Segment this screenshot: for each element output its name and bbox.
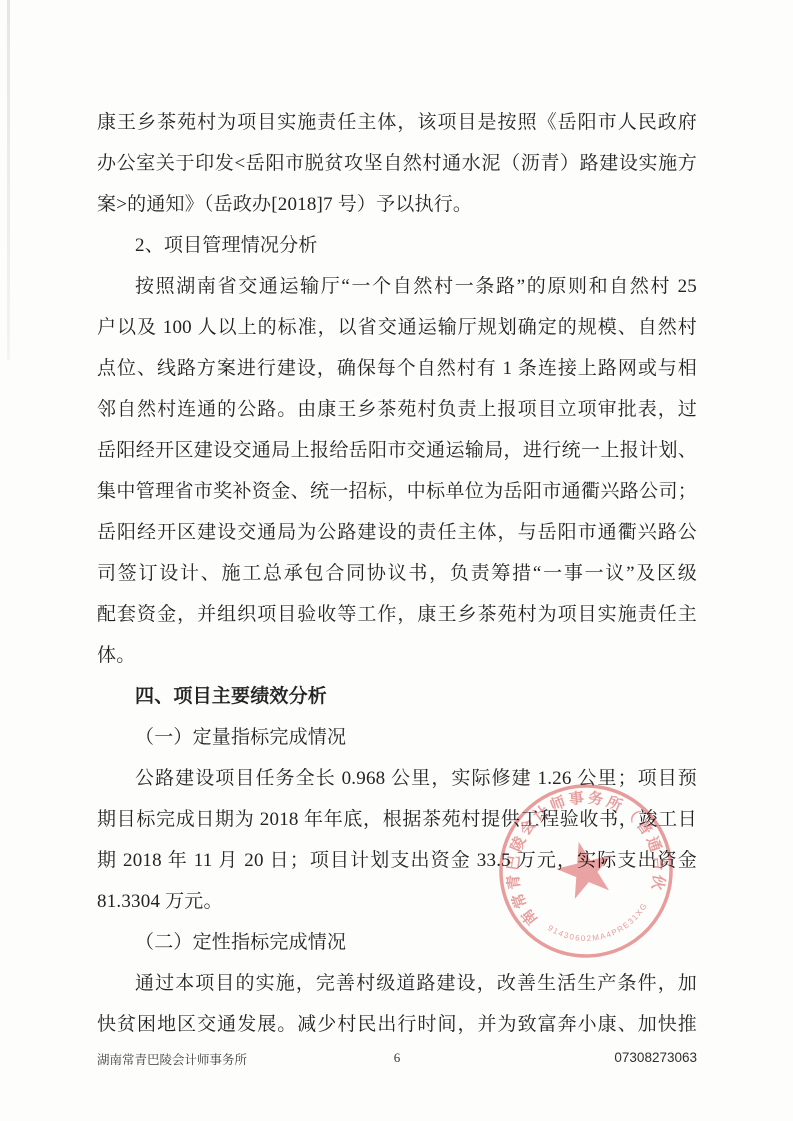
text-line: （一）定量指标完成情况 bbox=[97, 717, 697, 758]
text-line: 案>的通知》（岳政办[2018]7 号）予以执行。 bbox=[97, 184, 697, 225]
text-line: 体。 bbox=[97, 635, 697, 676]
text-line: 通过本项目的实施，完善村级道路建设，改善生活生产条件，加 bbox=[97, 963, 697, 1004]
text-line: 岳阳经开区建设交通局为公路建设的责任主体，与岳阳市通衢兴路公 bbox=[97, 512, 697, 553]
star-icon bbox=[551, 835, 619, 901]
text-line: 岳阳经开区建设交通局上报给岳阳市交通运输局，进行统一上报计划、 bbox=[97, 430, 697, 471]
text-line: 户以及 100 人以上的标准，以省交通运输厅规划确定的规模、自然村 bbox=[97, 307, 697, 348]
text-line: 邻自然村连通的公路。由康王乡茶苑村负责上报项目立项审批表，过 bbox=[97, 389, 697, 430]
text-line: 集中管理省市奖补资金、统一招标，中标单位为岳阳市通衢兴路公司； bbox=[97, 471, 697, 512]
text-line: 办公室关于印发<岳阳市脱贫攻坚自然村通水泥（沥青）路建设实施方 bbox=[97, 143, 697, 184]
seal-credit-code: 91430602MA4PRE31XG bbox=[545, 899, 655, 954]
footer-firm-name: 湖南常青巴陵会计师事务所 bbox=[97, 1050, 247, 1068]
footer-report-code: 07308273063 bbox=[614, 1050, 697, 1065]
scan-edge-artifact bbox=[7, 0, 10, 360]
text-line: 四、项目主要绩效分析 bbox=[97, 676, 697, 717]
text-line: 配套资金，并组织项目验收等工作，康王乡茶苑村为项目实施责任主 bbox=[97, 594, 697, 635]
text-line: 按照湖南省交通运输厅“一个自然村一条路”的原则和自然村 25 bbox=[97, 266, 697, 307]
text-line: 司签订设计、施工总承包合同协议书，负责筹措“一事一议”及区级 bbox=[97, 553, 697, 594]
text-line: 点位、线路方案进行建设，确保每个自然村有 1 条连接上路网或与相 bbox=[97, 348, 697, 389]
text-line: 快贫困地区交通发展。减少村民出行时间，并为致富奔小康、加快推 bbox=[97, 1004, 697, 1045]
scanned-document-page: 康王乡茶苑村为项目实施责任主体，该项目是按照《岳阳市人民政府办公室关于印发<岳阳… bbox=[0, 0, 793, 1121]
text-line: 2、项目管理情况分析 bbox=[97, 225, 697, 266]
text-line: 康王乡茶苑村为项目实施责任主体，该项目是按照《岳阳市人民政府 bbox=[97, 102, 697, 143]
